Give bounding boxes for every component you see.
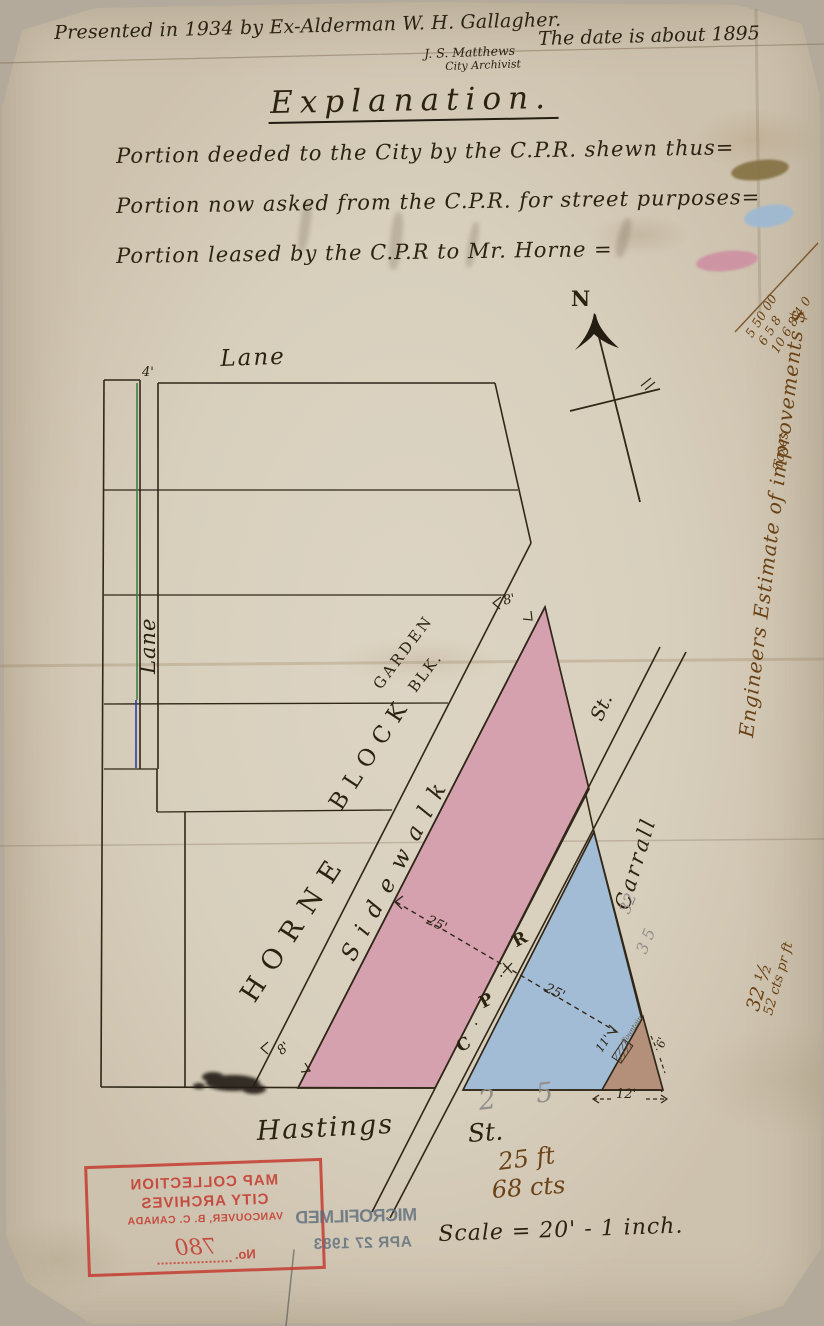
microfilm-stamp: MICROFILMED APR 27 1983 [295, 1204, 418, 1254]
dim-sidewalk-top: 8' [502, 593, 516, 608]
north-label: N [571, 288, 590, 309]
dim-12: 12' [616, 1088, 636, 1101]
north-arrow-icon [570, 313, 660, 502]
amount-ft: 25 ft [497, 1143, 556, 1174]
lane-top-label: Lane [220, 346, 286, 371]
explanation-title: Explanation. [268, 83, 558, 124]
dim-lane-width: 4' [142, 366, 154, 379]
stamp-line: MICROFILMED [295, 1204, 417, 1228]
archivist-title: City Archivist [445, 58, 521, 72]
scanned-survey-map: Presented in 1934 by Ex-Alderman W. H. G… [0, 0, 824, 1326]
legend-swatches [695, 157, 795, 275]
stamp-no-value: 780 [156, 1234, 231, 1265]
archives-stamp: MAP COLLECTION CITY ARCHIVES VANCOUVER, … [84, 1158, 326, 1277]
stamp-no-label: No. [235, 1246, 256, 1262]
block-outlines [101, 380, 686, 1218]
swatch-deeded [730, 157, 790, 184]
amount-cts: 68 cts [491, 1173, 566, 1202]
ink-smudge [193, 1072, 266, 1094]
swatch-leased [695, 248, 759, 274]
lane-side-label: Lane [138, 618, 159, 674]
hastings-st-label: St. [467, 1119, 504, 1146]
stamp-line: APR 27 1983 [296, 1234, 412, 1255]
hastings-label: Hastings [256, 1111, 395, 1145]
